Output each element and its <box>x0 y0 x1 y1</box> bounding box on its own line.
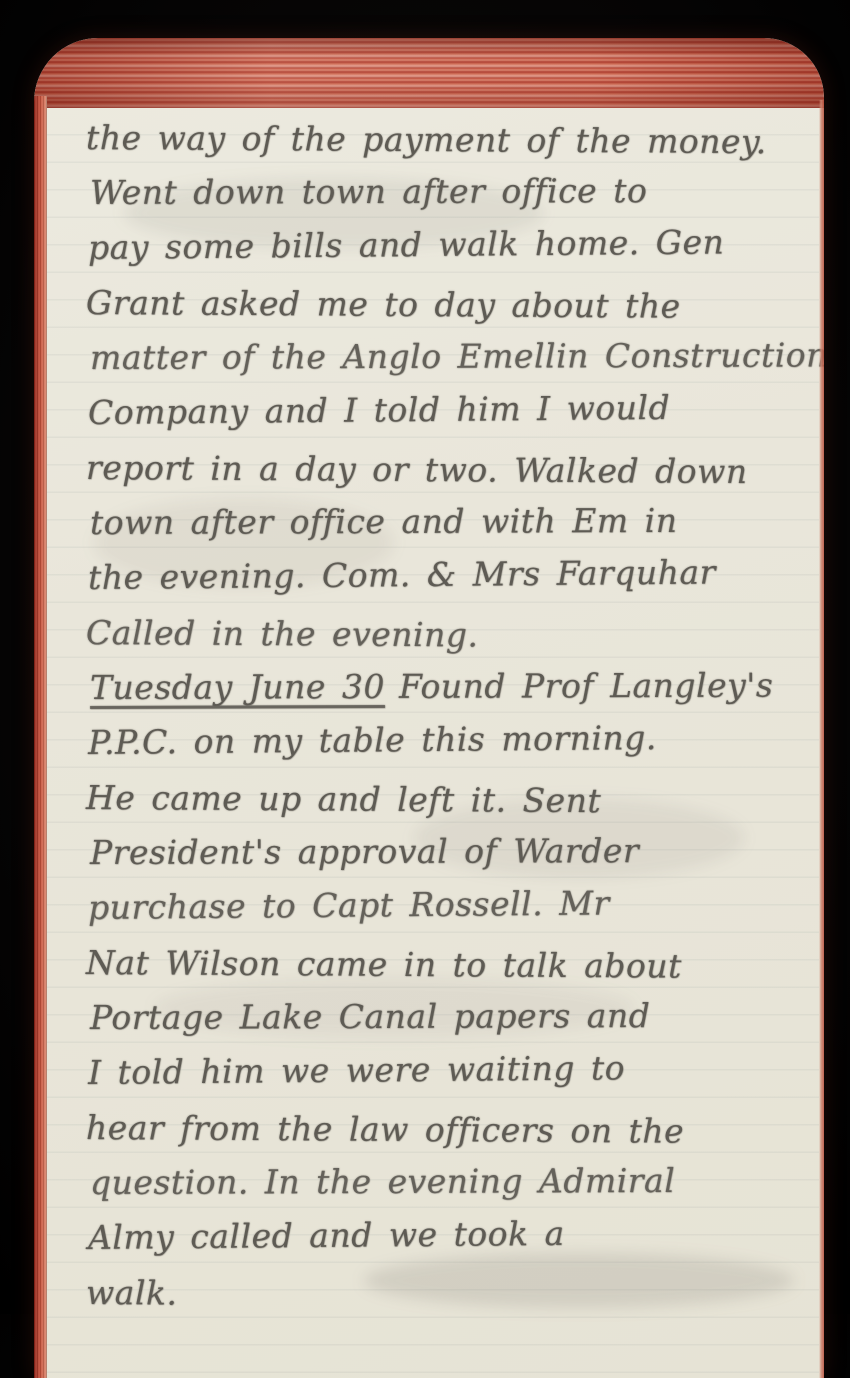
entry-heading-rest: Found Prof Langley's <box>399 666 773 706</box>
handwritten-line: matter of the Anglo Emellin Construction <box>90 328 802 385</box>
handwritten-line: P.P.C. on my table this morning. <box>88 709 800 770</box>
handwritten-line: purchase to Capt Rossell. Mr <box>88 874 800 935</box>
handwritten-line: question. In the evening Admiral <box>90 1153 802 1210</box>
handwritten-line: President's approval of Warder <box>90 823 802 880</box>
handwritten-line: town after office and with Em in <box>90 493 802 550</box>
handwritten-line: report in a day or two. Walked down <box>86 440 798 499</box>
red-page-edges-top <box>34 38 824 108</box>
notebook-page: the way of the payment of the money. Wen… <box>34 38 824 1314</box>
entry-date-heading: Tuesday June 30 <box>90 667 385 707</box>
handwritten-line: pay some bills and walk home. Gen <box>88 214 800 275</box>
handwritten-line: Called in the evening. <box>86 605 798 664</box>
handwritten-line: Grant asked me to day about the <box>86 275 798 334</box>
handwritten-line: I told him we were waiting to <box>88 1039 800 1100</box>
handwritten-diary-text: the way of the payment of the money. Wen… <box>86 110 798 1314</box>
entry-heading-line: Tuesday June 30Found Prof Langley's <box>90 658 802 715</box>
handwritten-line: the way of the payment of the money. <box>86 110 798 169</box>
handwritten-line: Almy called and we took a <box>88 1204 800 1265</box>
handwritten-line: the evening. Com. & Mrs Farquhar <box>88 544 800 605</box>
handwritten-line: Went down town after office to <box>90 163 802 220</box>
handwritten-line: Portage Lake Canal papers and <box>90 988 802 1045</box>
handwritten-line: walk. <box>86 1265 798 1314</box>
red-page-edge-left <box>34 96 47 1314</box>
handwritten-line: He came up and left it. Sent <box>86 770 798 829</box>
handwritten-line: Company and I told him I would <box>88 379 800 440</box>
red-page-edge-right <box>819 100 824 1314</box>
handwritten-line: hear from the law officers on the <box>86 1100 798 1159</box>
handwritten-line: Nat Wilson came in to talk about <box>86 935 798 994</box>
